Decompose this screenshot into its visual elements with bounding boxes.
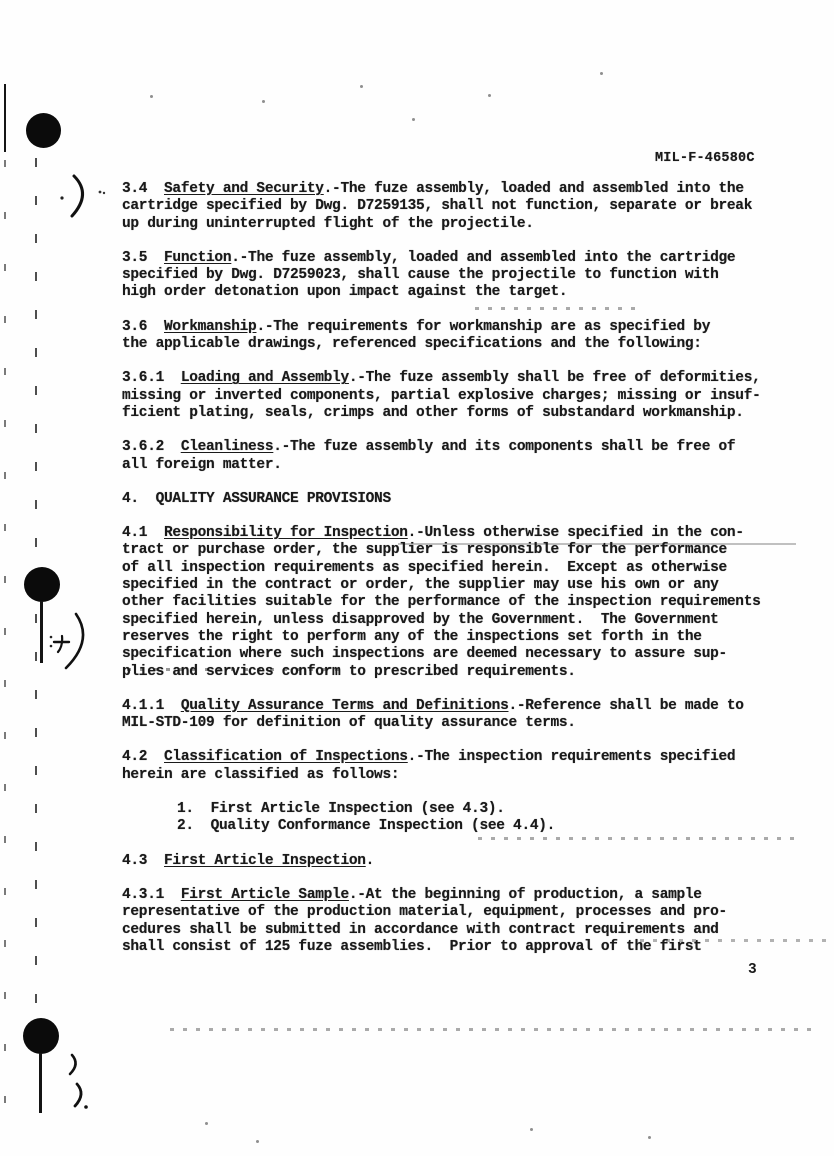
section-title: Responsibility for Inspection <box>164 525 408 541</box>
section-number: 3.6 <box>122 319 164 335</box>
section-number: 3.5 <box>122 250 164 266</box>
list-item-number: 2. <box>177 818 211 834</box>
hole-punch-bottom <box>23 1018 59 1054</box>
section-3-5: 3.5 Function.-The fuze assembly, loaded … <box>122 250 828 302</box>
scan-speck <box>488 94 491 97</box>
section-title: Classification of Inspections <box>164 749 408 765</box>
section-number: 3.4 <box>122 181 164 197</box>
section-title: Safety and Security <box>164 181 324 197</box>
scan-speck <box>150 95 153 98</box>
scan-speck <box>262 100 265 103</box>
scan-noise-line <box>170 1028 812 1031</box>
section-number: 4.1 <box>122 525 164 541</box>
section-3-6-1: 3.6.1 Loading and Assembly.-The fuze ass… <box>122 370 828 422</box>
handwritten-annotation-mark <box>48 610 94 674</box>
section-4-2: 4.2 Classification of Inspections.-The i… <box>122 749 828 784</box>
section-title: Loading and Assembly <box>181 370 349 386</box>
pen-stroke <box>40 601 43 663</box>
section-title: First Article Sample <box>181 887 349 903</box>
list-item: 1. First Article Inspection (see 4.3). <box>177 801 828 818</box>
scan-speck <box>600 72 603 75</box>
section-title: Quality Assurance Terms and Definitions <box>181 698 509 714</box>
scan-speck <box>256 1140 259 1143</box>
section-body: .-Unless otherwise specified in the con-… <box>122 525 761 679</box>
section-title: Workmanship <box>164 319 256 335</box>
scan-speck <box>205 1122 208 1125</box>
left-margin-line <box>4 84 6 152</box>
text-column: 3.4 Safety and Security.-The fuze assemb… <box>122 181 828 973</box>
scan-speck <box>648 1136 651 1139</box>
section-number: 4.2 <box>122 749 164 765</box>
handwritten-paren-mark <box>58 170 106 222</box>
section-3-6: 3.6 Workmanship.-The requirements for wo… <box>122 319 828 354</box>
handwritten-paren-marks <box>62 1052 94 1116</box>
section-number: 3.6.2 <box>122 439 181 455</box>
document-number: MIL-F-46580C <box>655 151 755 166</box>
heading-text: QUALITY ASSURANCE PROVISIONS <box>156 491 391 507</box>
section-3-4: 3.4 Safety and Security.-The fuze assemb… <box>122 181 828 233</box>
list-item-text: Quality Conformance Inspection (see 4.4)… <box>211 818 555 834</box>
hole-punch-top <box>26 113 61 148</box>
section-4-heading: 4. QUALITY ASSURANCE PROVISIONS <box>122 491 828 508</box>
section-4-1-1: 4.1.1 Quality Assurance Terms and Defini… <box>122 698 828 733</box>
hole-punch-middle <box>24 567 60 602</box>
section-number: 4.3.1 <box>122 887 181 903</box>
scan-speck <box>412 118 415 121</box>
section-3-6-2: 3.6.2 Cleanliness.-The fuze assembly and… <box>122 439 828 474</box>
section-title: Function <box>164 250 231 266</box>
scanned-document-page: MIL-F-46580C 3.4 Safety and Security.-Th… <box>0 0 834 1156</box>
list-item-number: 1. <box>177 801 211 817</box>
inspection-list: 1. First Article Inspection (see 4.3). 2… <box>177 801 828 836</box>
scan-speck <box>530 1128 533 1131</box>
list-item-text: First Article Inspection (see 4.3). <box>211 801 505 817</box>
pen-stroke <box>39 1053 42 1113</box>
left-edge-dashed-line <box>4 160 6 1112</box>
scan-speck <box>360 85 363 88</box>
page-number: 3 <box>748 962 757 978</box>
section-title: Cleanliness <box>181 439 273 455</box>
section-number: 4. <box>122 491 156 507</box>
list-item: 2. Quality Conformance Inspection (see 4… <box>177 818 828 835</box>
section-number: 4.1.1 <box>122 698 181 714</box>
section-number: 4.3 <box>122 853 164 869</box>
section-body: . <box>366 853 374 869</box>
section-number: 3.6.1 <box>122 370 181 386</box>
section-4-1: 4.1 Responsibility for Inspection.-Unles… <box>122 525 828 681</box>
section-title: First Article Inspection <box>164 853 366 869</box>
section-4-3-1: 4.3.1 First Article Sample.-At the begin… <box>122 887 828 956</box>
section-4-3: 4.3 First Article Inspection. <box>122 853 828 870</box>
